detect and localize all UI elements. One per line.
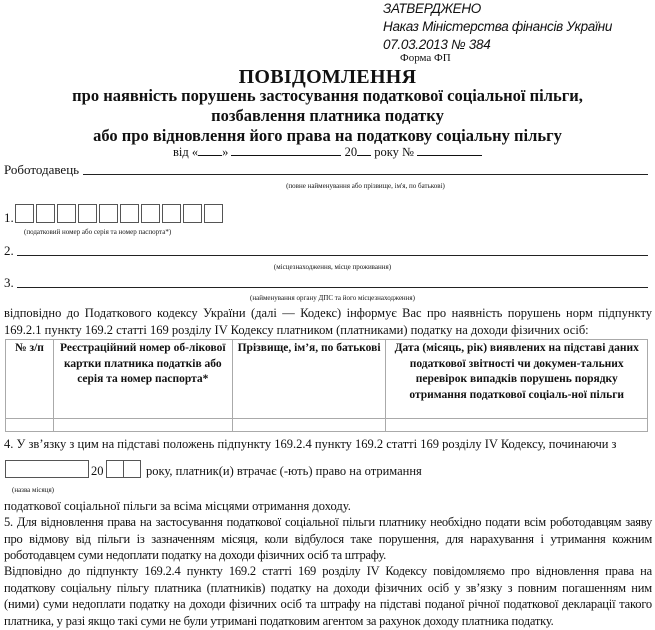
date-quote-close: » [222, 145, 228, 159]
tax-number-box[interactable] [162, 204, 181, 223]
header-full-name: Прізвище, ім’я, по батькові [232, 340, 386, 419]
approval-order: Наказ Міністерства фінансів України [383, 18, 612, 36]
tax-number-box[interactable] [141, 204, 160, 223]
header-violation-date: Дата (місяць, рік) виявлених на підставі… [386, 340, 648, 419]
tax-number-box[interactable] [120, 204, 139, 223]
table-header-row: № з/п Реєстраційний номер об-лікової кар… [6, 340, 648, 419]
cell-number[interactable] [6, 419, 54, 432]
header-number: № з/п [6, 340, 54, 419]
tax-number-box[interactable] [78, 204, 97, 223]
closing-paragraph: Відповідно до підпункту 169.2.4 пункту 1… [4, 563, 652, 629]
item1-label: 1. [4, 210, 14, 226]
tax-number-box[interactable] [99, 204, 118, 223]
employer-caption: (повне найменування або прізвище, ім'я, … [83, 182, 648, 190]
cell-violation-date[interactable] [386, 419, 648, 432]
employer-field[interactable] [83, 174, 648, 175]
year-digit-box-2[interactable] [123, 460, 141, 478]
document-subtitle: про наявність порушень застосування пода… [0, 86, 655, 146]
address-field[interactable] [17, 255, 648, 256]
item1-caption: (податковий номер або серія та номер пас… [24, 228, 171, 236]
date-prefix: від « [173, 145, 198, 159]
day-field[interactable] [198, 145, 222, 156]
tax-authority-field[interactable] [17, 287, 648, 288]
month-name-box[interactable] [5, 460, 89, 478]
item4-after-year: року, платник(и) втрачає (-ють) право на… [146, 464, 422, 479]
year-digit-box-1[interactable] [106, 460, 124, 478]
tax-number-box[interactable] [204, 204, 223, 223]
tax-number-box[interactable] [183, 204, 202, 223]
employer-label: Роботодавець [4, 162, 79, 178]
month-field[interactable] [231, 145, 341, 156]
item3-caption: (найменування органу ДПС та його місцезн… [17, 294, 648, 302]
subtitle-line-1: про наявність порушень застосування пода… [0, 86, 655, 106]
cell-registration-number[interactable] [53, 419, 232, 432]
year-field[interactable] [357, 145, 371, 156]
item2-label: 2. [4, 243, 14, 259]
cell-full-name[interactable] [232, 419, 386, 432]
tax-number-box[interactable] [15, 204, 34, 223]
month-caption: (назва місяця) [12, 486, 54, 494]
subtitle-line-2: позбавлення платника податку [0, 106, 655, 126]
table-row [6, 419, 648, 432]
date-line: від «» 20 року № [0, 145, 655, 160]
item4-year-prefix: 20 [91, 464, 104, 479]
form-name: Форма ФП [400, 52, 451, 64]
item4-continuation: податкової соціальної пільги за всіма мі… [4, 498, 652, 515]
intro-paragraph: відповідно до Податкового кодексу Україн… [4, 305, 652, 338]
header-registration-number: Реєстраційний номер об-лікової картки пл… [53, 340, 232, 419]
item2-caption: (місцезнаходження, місце проживання) [17, 263, 648, 271]
year-suffix: року № [374, 145, 414, 159]
tax-number-box[interactable] [57, 204, 76, 223]
tax-number-box[interactable] [36, 204, 55, 223]
item3-label: 3. [4, 275, 14, 291]
item4-text: 4. У зв’язку з цим на підставі положень … [4, 436, 652, 453]
item5-text: 5. Для відновлення права на застосування… [4, 514, 652, 564]
violations-table: № з/п Реєстраційний номер об-лікової кар… [5, 339, 648, 432]
subtitle-line-3: або про відновлення його права на податк… [0, 126, 655, 146]
year-prefix: 20 [345, 145, 358, 159]
approval-title: ЗАТВЕРДЖЕНО [383, 0, 612, 18]
approval-stamp: ЗАТВЕРДЖЕНО Наказ Міністерства фінансів … [383, 0, 612, 54]
number-field[interactable] [417, 145, 482, 156]
